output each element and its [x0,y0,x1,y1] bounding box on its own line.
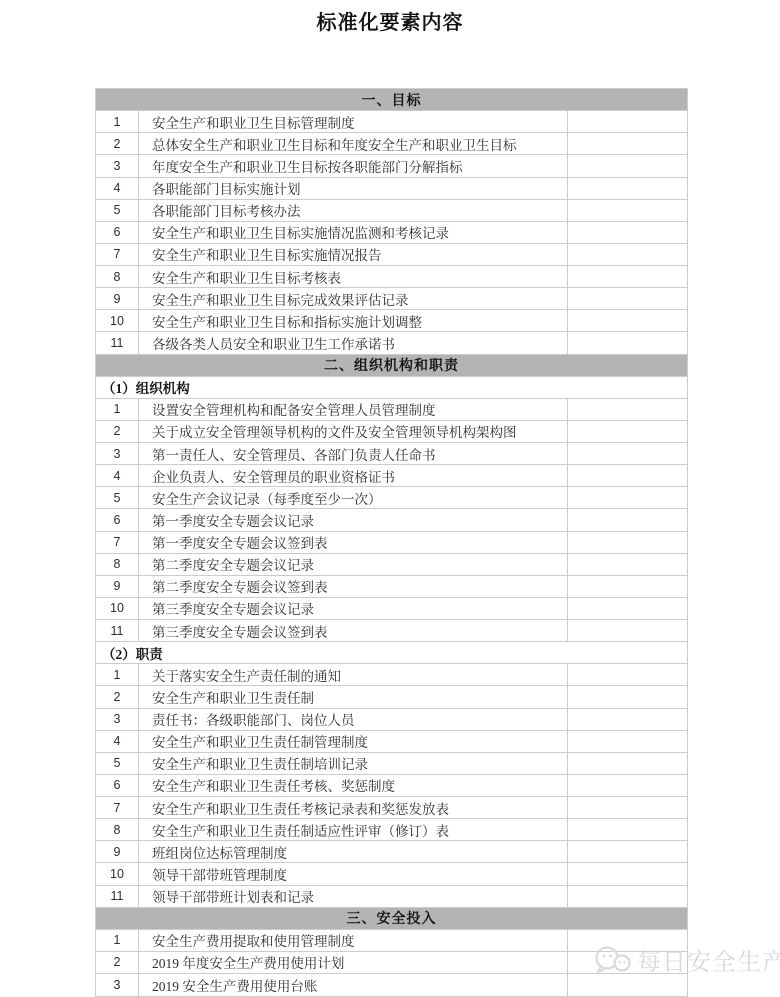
row-empty-cell [568,399,687,420]
row-number-cell: 1 [96,399,139,420]
row-content-cell: 安全生产和职业卫生目标考核表 [139,266,568,287]
table-row: 6安全生产和职业卫生责任考核、奖惩制度 [96,775,687,797]
table-row: 10第三季度安全专题会议记录 [96,598,687,620]
row-content-cell: 安全生产和职业卫生目标实施情况监测和考核记录 [139,222,568,243]
row-empty-cell [568,620,687,641]
table-row: 4企业负责人、安全管理员的职业资格证书 [96,465,687,487]
table-row: 2总体安全生产和职业卫生目标和年度安全生产和职业卫生目标 [96,133,687,155]
row-content-cell: 各职能部门目标考核办法 [139,200,568,221]
table-row: 1设置安全管理机构和配备安全管理人员管理制度 [96,399,687,421]
row-number-cell: 1 [96,111,139,132]
table-row: 1关于落实安全生产责任制的通知 [96,664,687,686]
section-header-row: 二、组织机构和职责 [96,355,687,377]
row-empty-cell [568,222,687,243]
table-row: 11各级各类人员安全和职业卫生工作承诺书 [96,332,687,354]
row-empty-cell [568,332,687,353]
row-content-cell: 各职能部门目标实施计划 [139,178,568,199]
row-empty-cell [568,974,687,996]
row-content-cell: 第一季度安全专题会议记录 [139,509,568,530]
row-number-cell: 9 [96,576,139,597]
row-number-cell: 11 [96,886,139,907]
row-empty-cell [568,554,687,575]
standards-table: 一、目标1安全生产和职业卫生目标管理制度2总体安全生产和职业卫生目标和年度安全生… [95,88,688,997]
row-number-cell: 9 [96,288,139,309]
row-number-cell: 5 [96,487,139,508]
row-empty-cell [568,576,687,597]
row-number-cell: 6 [96,509,139,530]
page-title: 标准化要素内容 [0,6,780,35]
row-content-cell: 责任书：各级职能部门、岗位人员 [139,709,568,730]
table-row: 4安全生产和职业卫生责任制管理制度 [96,731,687,753]
row-content-cell: 安全生产和职业卫生责任考核、奖惩制度 [139,775,568,796]
row-empty-cell [568,797,687,818]
row-empty-cell [568,686,687,707]
row-content-cell: 各级各类人员安全和职业卫生工作承诺书 [139,332,568,353]
row-content-cell: 安全生产和职业卫生目标和指标实施计划调整 [139,310,568,331]
table-row: 9班组岗位达标管理制度 [96,841,687,863]
row-empty-cell [568,310,687,331]
row-number-cell: 3 [96,974,139,996]
row-number-cell: 5 [96,753,139,774]
row-empty-cell [568,178,687,199]
row-empty-cell [568,841,687,862]
table-row: 7安全生产和职业卫生责任考核记录表和奖惩发放表 [96,797,687,819]
row-empty-cell [568,443,687,464]
row-number-cell: 4 [96,178,139,199]
row-empty-cell [568,487,687,508]
table-row: 6安全生产和职业卫生目标实施情况监测和考核记录 [96,222,687,244]
table-row: 4各职能部门目标实施计划 [96,178,687,200]
table-row: 11第三季度安全专题会议签到表 [96,620,687,642]
row-number-cell: 10 [96,863,139,884]
row-number-cell: 5 [96,200,139,221]
section-header-row: 一、目标 [96,89,687,111]
section-header-row: 三、安全投入 [96,908,687,930]
table-row: 5安全生产会议记录（每季度至少一次） [96,487,687,509]
row-number-cell: 10 [96,598,139,619]
row-number-cell: 10 [96,310,139,331]
row-content-cell: 第一责任人、安全管理员、各部门负责人任命书 [139,443,568,464]
row-number-cell: 6 [96,775,139,796]
table-row: 3第一责任人、安全管理员、各部门负责人任命书 [96,443,687,465]
row-number-cell: 3 [96,155,139,176]
row-empty-cell [568,200,687,221]
row-empty-cell [568,509,687,530]
row-number-cell: 2 [96,952,139,973]
row-content-cell: 总体安全生产和职业卫生目标和年度安全生产和职业卫生目标 [139,133,568,154]
row-empty-cell [568,886,687,907]
subsection-header-row: （1）组织机构 [96,377,687,399]
row-content-cell: 企业负责人、安全管理员的职业资格证书 [139,465,568,486]
table-row: 5各职能部门目标考核办法 [96,200,687,222]
table-row: 3责任书：各级职能部门、岗位人员 [96,709,687,731]
row-empty-cell [568,266,687,287]
row-number-cell: 11 [96,332,139,353]
row-empty-cell [568,133,687,154]
row-empty-cell [568,709,687,730]
table-row: 9第二季度安全专题会议签到表 [96,576,687,598]
row-content-cell: 年度安全生产和职业卫生目标按各职能部门分解指标 [139,155,568,176]
row-content-cell: 第二季度安全专题会议记录 [139,554,568,575]
row-empty-cell [568,930,687,951]
row-empty-cell [568,421,687,442]
row-number-cell: 4 [96,465,139,486]
table-row: 5安全生产和职业卫生责任制培训记录 [96,753,687,775]
row-number-cell: 7 [96,244,139,265]
row-content-cell: 2019 安全生产费用使用台账 [139,974,568,996]
row-number-cell: 3 [96,443,139,464]
row-content-cell: 设置安全管理机构和配备安全管理人员管理制度 [139,399,568,420]
subsection-header-row: （2）职责 [96,642,687,664]
row-number-cell: 1 [96,930,139,951]
row-content-cell: 第三季度安全专题会议记录 [139,598,568,619]
row-number-cell: 9 [96,841,139,862]
row-content-cell: 第二季度安全专题会议签到表 [139,576,568,597]
table-row: 8安全生产和职业卫生责任制适应性评审（修订）表 [96,819,687,841]
row-content-cell: 安全生产和职业卫生责任考核记录表和奖惩发放表 [139,797,568,818]
row-empty-cell [568,598,687,619]
table-row: 7第一季度安全专题会议签到表 [96,532,687,554]
row-content-cell: 班组岗位达标管理制度 [139,841,568,862]
table-row: 10安全生产和职业卫生目标和指标实施计划调整 [96,310,687,332]
row-empty-cell [568,111,687,132]
row-number-cell: 8 [96,266,139,287]
row-number-cell: 11 [96,620,139,641]
table-row: 6第一季度安全专题会议记录 [96,509,687,531]
row-content-cell: 安全生产会议记录（每季度至少一次） [139,487,568,508]
row-empty-cell [568,753,687,774]
row-content-cell: 安全生产和职业卫生目标实施情况报告 [139,244,568,265]
row-content-cell: 关于成立安全管理领导机构的文件及安全管理领导机构架构图 [139,421,568,442]
row-content-cell: 安全生产费用提取和使用管理制度 [139,930,568,951]
table-row: 32019 安全生产费用使用台账 [96,974,687,996]
table-row: 2安全生产和职业卫生责任制 [96,686,687,708]
row-content-cell: 安全生产和职业卫生目标完成效果评估记录 [139,288,568,309]
table-row: 3年度安全生产和职业卫生目标按各职能部门分解指标 [96,155,687,177]
row-empty-cell [568,532,687,553]
row-number-cell: 4 [96,731,139,752]
row-empty-cell [568,288,687,309]
row-content-cell: 第三季度安全专题会议签到表 [139,620,568,641]
table-row: 1安全生产和职业卫生目标管理制度 [96,111,687,133]
row-number-cell: 7 [96,532,139,553]
table-row: 8第二季度安全专题会议记录 [96,554,687,576]
table-row: 11领导干部带班计划表和记录 [96,886,687,908]
row-content-cell: 领导干部带班计划表和记录 [139,886,568,907]
row-number-cell: 6 [96,222,139,243]
table-row: 8安全生产和职业卫生目标考核表 [96,266,687,288]
table-row: 9安全生产和职业卫生目标完成效果评估记录 [96,288,687,310]
row-empty-cell [568,465,687,486]
row-content-cell: 关于落实安全生产责任制的通知 [139,664,568,685]
row-empty-cell [568,952,687,973]
table-row: 22019 年度安全生产费用使用计划 [96,952,687,974]
row-empty-cell [568,731,687,752]
row-number-cell: 2 [96,421,139,442]
row-empty-cell [568,664,687,685]
row-number-cell: 3 [96,709,139,730]
row-content-cell: 2019 年度安全生产费用使用计划 [139,952,568,973]
row-empty-cell [568,155,687,176]
row-empty-cell [568,863,687,884]
row-empty-cell [568,775,687,796]
row-number-cell: 2 [96,133,139,154]
row-number-cell: 8 [96,819,139,840]
row-content-cell: 领导干部带班管理制度 [139,863,568,884]
row-number-cell: 8 [96,554,139,575]
table-row: 1安全生产费用提取和使用管理制度 [96,930,687,952]
row-number-cell: 1 [96,664,139,685]
row-content-cell: 安全生产和职业卫生责任制培训记录 [139,753,568,774]
table-row: 10领导干部带班管理制度 [96,863,687,885]
row-content-cell: 安全生产和职业卫生目标管理制度 [139,111,568,132]
row-number-cell: 2 [96,686,139,707]
row-content-cell: 安全生产和职业卫生责任制管理制度 [139,731,568,752]
table-row: 2关于成立安全管理领导机构的文件及安全管理领导机构架构图 [96,421,687,443]
table-row: 7安全生产和职业卫生目标实施情况报告 [96,244,687,266]
row-number-cell: 7 [96,797,139,818]
row-empty-cell [568,244,687,265]
row-content-cell: 安全生产和职业卫生责任制适应性评审（修订）表 [139,819,568,840]
row-content-cell: 安全生产和职业卫生责任制 [139,686,568,707]
row-empty-cell [568,819,687,840]
row-content-cell: 第一季度安全专题会议签到表 [139,532,568,553]
